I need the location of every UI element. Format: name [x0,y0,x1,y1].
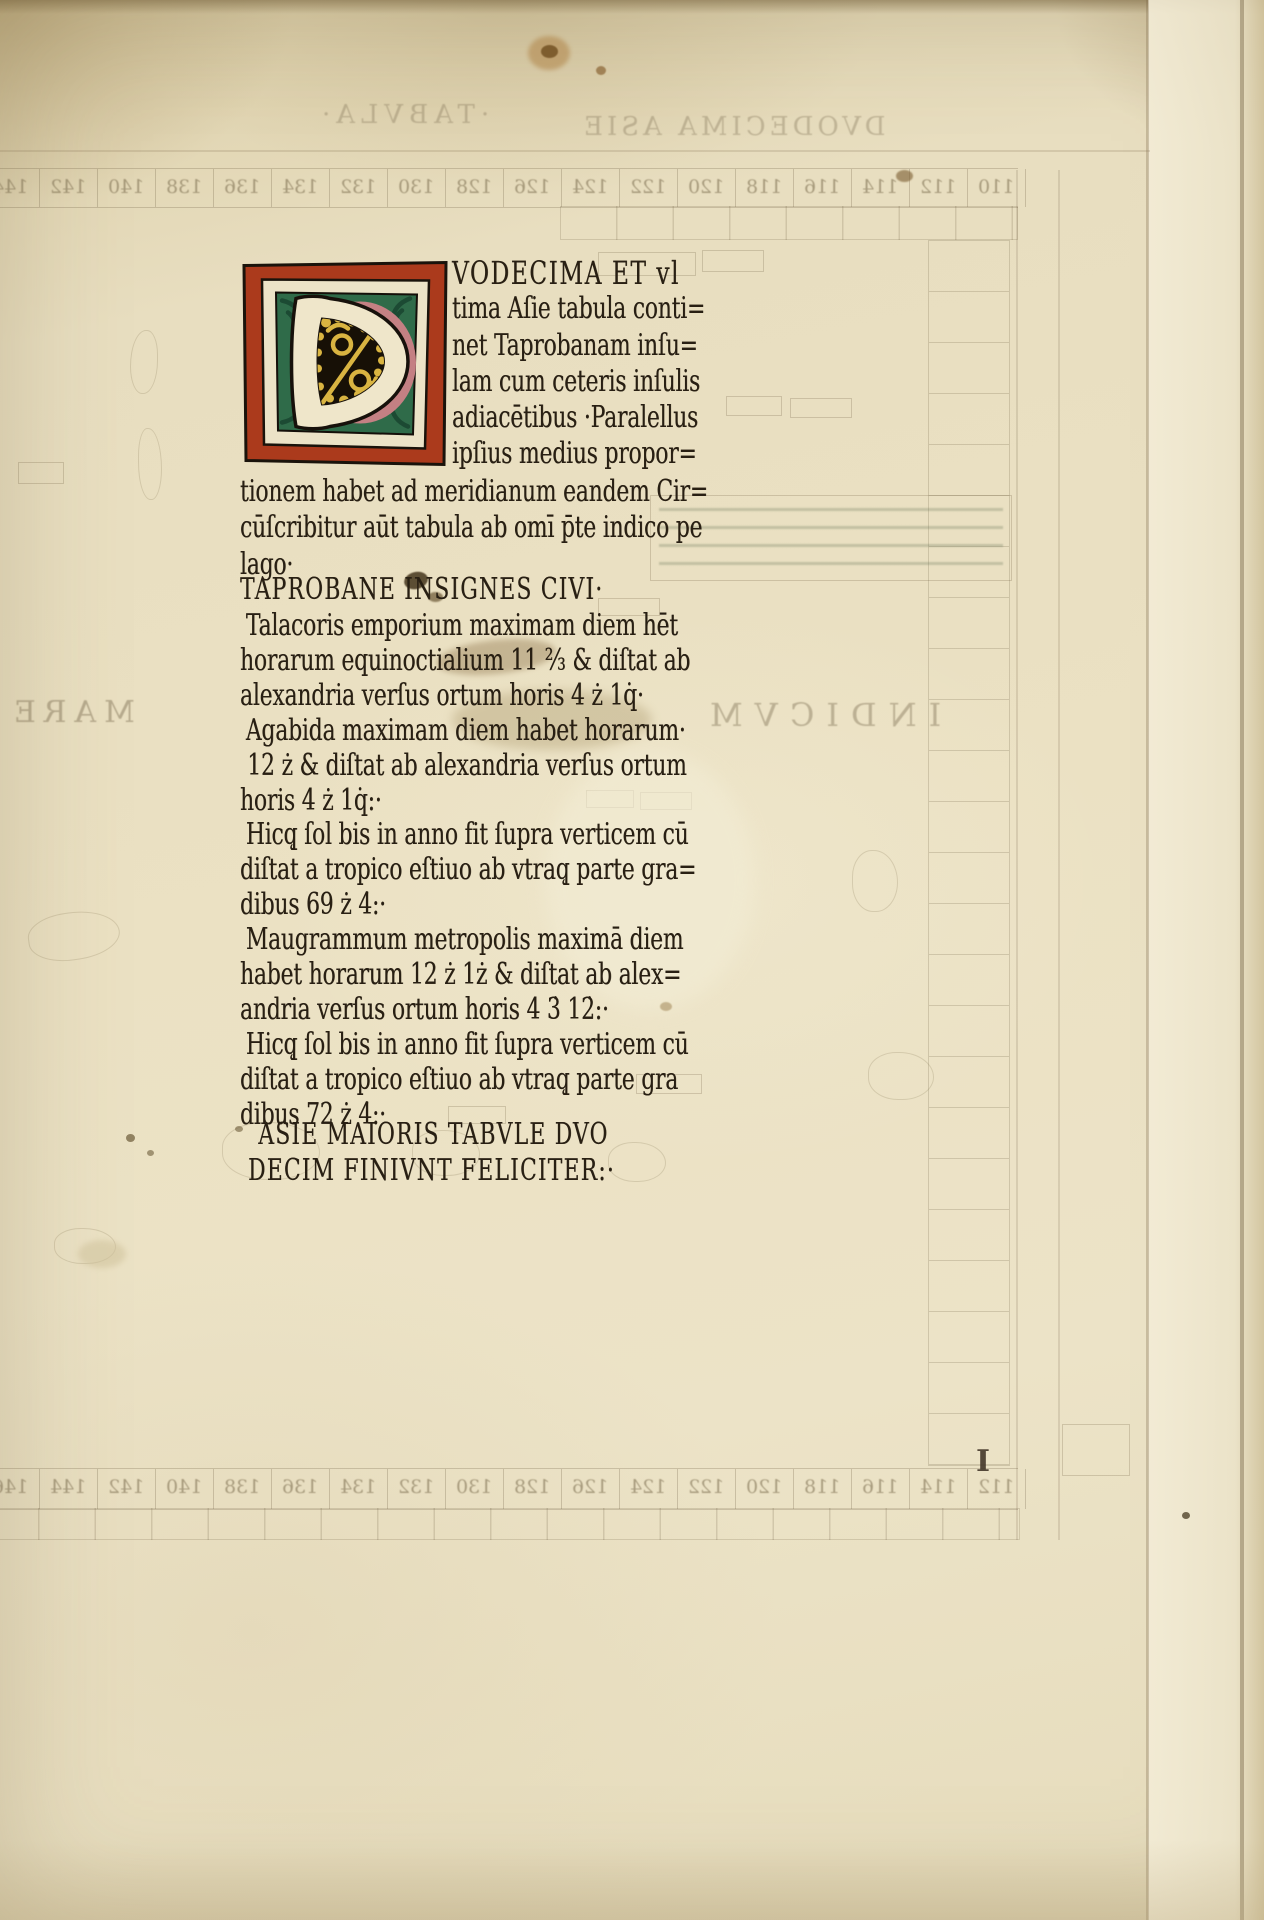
showthrough-scale-cell [929,1006,1009,1057]
text-line: dibus 72 ż 4̇:· [240,1098,696,1133]
showthrough-scale-cell [929,547,1009,598]
showthrough-scale-cell [929,445,1009,496]
ink-blot [402,569,429,591]
showthrough-number-cell: 124 [562,169,620,207]
showthrough-scale-cell [929,700,1009,751]
showthrough-number-cell: 138 [214,1469,272,1509]
text-line: lago· [240,547,708,583]
showthrough-mark [138,428,162,500]
showthrough-scale-cell [929,598,1009,649]
showthrough-number-cell: 120 [678,169,736,207]
text-line: horis 4 ż 1q̇:· [240,784,696,819]
showthrough-top-subrow [560,206,1018,240]
stain-smudge [78,1240,126,1268]
showthrough-scale-cell [929,1414,1009,1465]
showthrough-scale-cell [929,394,1009,445]
showthrough-number-cell: 132 [388,1469,446,1509]
heading-line: TAPROBANE INSIGNES CIVI· [240,572,603,608]
showthrough-island [608,1142,666,1182]
stain-spot [541,45,558,58]
stain-smudge [452,690,652,750]
showthrough-number-cell: 118 [736,169,794,207]
showthrough-label-box [790,398,852,418]
showthrough-number-cell: 128 [446,169,504,207]
section-heading: TAPROBANE INSIGNES CIVI· [240,572,738,608]
showthrough-scale-cell [929,649,1009,700]
showthrough-number-cell: 142 [40,169,98,207]
text-line: Agabida maximam diem habet horarum· [240,714,696,749]
showthrough-scale-cell [929,955,1009,1006]
showthrough-number-cell: 112 [910,169,968,207]
showthrough-number-cell: 134 [330,1469,388,1509]
showthrough-label-box [598,598,660,616]
showthrough-number-cell: 122 [678,1469,736,1509]
colophon-line: ASIE MAIORIS TABVLE DVO [248,1117,615,1153]
text-line: dibus 69 ż 4̇:· [240,888,696,923]
stain-smudge [435,634,558,680]
showthrough-number-cell: 140 [156,1469,214,1509]
showthrough-scale-cell [929,853,1009,904]
stain-spot [147,1150,154,1156]
text-line: tionem habet ad meridianum eandem Cir= [240,474,708,510]
showthrough-label-box [640,792,692,810]
showthrough-scale-cell [929,1108,1009,1159]
stain-spot [528,36,570,70]
text-line: alexandria verſus ortum horis 4 ż 1q̇· [240,679,696,714]
showthrough-number-cell: 144 [40,1469,98,1509]
showthrough-top-scale: 1441421401381361341321301281261241221201… [0,168,1018,208]
showthrough-bottom-subrow [0,1508,1020,1540]
text-line: lam cum ceteris inſulis [452,364,705,400]
stain-spot [126,1134,135,1142]
text-line: habet horarum 12 ż 1ż & diſtat ab alex= [240,958,696,993]
text-line: adiacētibus ·Paralellus [452,400,705,436]
showthrough-plate-edge [1016,170,1018,1540]
showthrough-scale-cell [929,802,1009,853]
showthrough-label-box [636,1074,702,1094]
showthrough-number-cell: 146 [0,1469,40,1509]
page-bottom-shadow [0,1840,1264,1920]
signature-mark-i: I [976,1444,990,1479]
showthrough-title-right: DVODECIMA ASIE [580,112,886,142]
text-line: ipſius medius propor= [452,436,705,472]
showthrough-sea-label-mare: MARE [6,695,135,730]
showthrough-sea-label-indicvm: INDICVM [698,696,941,734]
stain-spot [1182,1512,1190,1519]
text-line: Hicq̨ ſol bis in anno fit ſupra verticem… [240,818,696,853]
showthrough-right-scale [928,240,1010,1466]
fore-edge-strip [1148,0,1264,1920]
showthrough-number-cell: 134 [272,169,330,207]
text-line: Talacoris emporium maximam diem hēt [240,609,696,644]
text-line: Maugrammum metropolis maximā diem [240,923,696,958]
showthrough-number-cell: 114 [910,1469,968,1509]
showthrough-number-cell: 128 [504,1469,562,1509]
book-page: ·TABVLA· DVODECIMA ASIE 1441421401381361… [0,0,1264,1920]
showthrough-island [25,906,123,966]
showthrough-number-cell: 142 [98,1469,156,1509]
text-line: cūſcribitur aūt tabula ab omī p̄te indic… [240,510,708,546]
showthrough-number-cell: 132 [330,169,388,207]
leaf-edge-line [1146,0,1149,1920]
showthrough-label-box [598,252,696,276]
showthrough-island [412,1130,480,1176]
text-line: horarum equinoctialium 11 ⅔ & diſtat ab [240,644,696,679]
text-line: net Taprobanam inſu= [452,328,705,364]
showthrough-label-box [448,1106,506,1124]
showthrough-label-box [586,790,634,808]
showthrough-scale-cell [929,1210,1009,1261]
showthrough-scale-cell [929,1057,1009,1108]
leaf-edge-line [1240,0,1244,1920]
text-line: diſtat a tropico eſtiuo ab vtraq̨ parte … [240,1063,696,1098]
showthrough-plate-edge [1058,170,1060,1540]
text-line: tima Aſie tabula conti= [452,291,705,327]
opening-lines-full-width: tionem habet ad meridianum eandem Cir= c… [240,474,881,583]
text-line: andria verſus ortum horis 4 3̇ 12̇:· [240,993,696,1028]
showthrough-island [222,1122,320,1180]
showthrough-scale-cell [929,751,1009,802]
showthrough-island [54,1228,116,1264]
showthrough-label-box [726,396,782,416]
body-paragraphs: Talacoris emporium maximam diem hēt hora… [240,609,865,1133]
showthrough-number-cell: 124 [620,1469,678,1509]
showthrough-scale-cell [929,1363,1009,1414]
showthrough-text-panel [650,495,1012,581]
page-top-edge [0,0,1264,14]
text-line: VODECIMA ET vl [452,255,705,291]
showthrough-island [868,1052,934,1100]
colophon-line: DECIM FINIVNT FELICITER:· [248,1153,615,1189]
showthrough-scale-cell [929,292,1009,343]
showthrough-scale-cell [929,904,1009,955]
showthrough-number-cell: 110 [968,169,1026,207]
showthrough-number-cell: 130 [446,1469,504,1509]
showthrough-number-cell: 130 [388,169,446,207]
showthrough-scale-cell [929,1159,1009,1210]
stain-spot [660,1002,672,1011]
showthrough-number-cell: 112 [968,1469,1026,1509]
showthrough-number-cell: 126 [562,1469,620,1509]
showthrough-number-cell: 136 [272,1469,330,1509]
stain-spot [896,170,913,182]
showthrough-number-cell: 138 [156,169,214,207]
showthrough-number-cell: 118 [794,1469,852,1509]
showthrough-number-cell: 114 [852,169,910,207]
showthrough-number-cell: 144 [0,169,40,207]
showthrough-number-cell: 116 [852,1469,910,1509]
showthrough-scale-cell [929,343,1009,394]
colophon: ASIE MAIORIS TABVLE DVO DECIM FINIVNT FE… [248,1117,751,1190]
showthrough-number-cell: 122 [620,169,678,207]
text-line: diſtat a tropico eſtiuo ab vtraq̨ parte … [240,853,696,888]
showthrough-number-cell: 136 [214,169,272,207]
text-line: Hicq̨ ſol bis in anno fit ſupra verticem… [240,1028,696,1063]
showthrough-mark [130,330,158,394]
showthrough-corner-box [1062,1424,1130,1476]
showthrough-number-cell: 116 [794,169,852,207]
paper-crease [0,150,1150,152]
showthrough-scale-cell [929,241,1009,292]
showthrough-scale-cell [929,496,1009,547]
stain-spot [235,1126,243,1132]
showthrough-number-cell: 120 [736,1469,794,1509]
showthrough-label-box [18,462,64,484]
initial-d-woodcut [242,260,448,467]
showthrough-label-box [702,250,764,272]
showthrough-scale-cell [929,1312,1009,1363]
opening-lines-beside-initial: VODECIMA ET vl tima Aſie tabula conti= n… [452,255,799,473]
showthrough-number-cell: 126 [504,169,562,207]
ink-blot [428,592,443,602]
showthrough-island [852,850,898,912]
text-line: 12 ż & diſtat ab alexandria verſus ortum [240,749,696,784]
water-stain [545,750,755,1010]
showthrough-title-left: ·TABVLA· [316,100,489,130]
showthrough-bottom-scale: 1461441421401381361341321301281261241221… [0,1468,1018,1510]
showthrough-number-cell: 140 [98,169,156,207]
decorated-initial-d [242,260,448,467]
showthrough-scale-cell [929,1261,1009,1312]
stain-spot [596,66,606,75]
